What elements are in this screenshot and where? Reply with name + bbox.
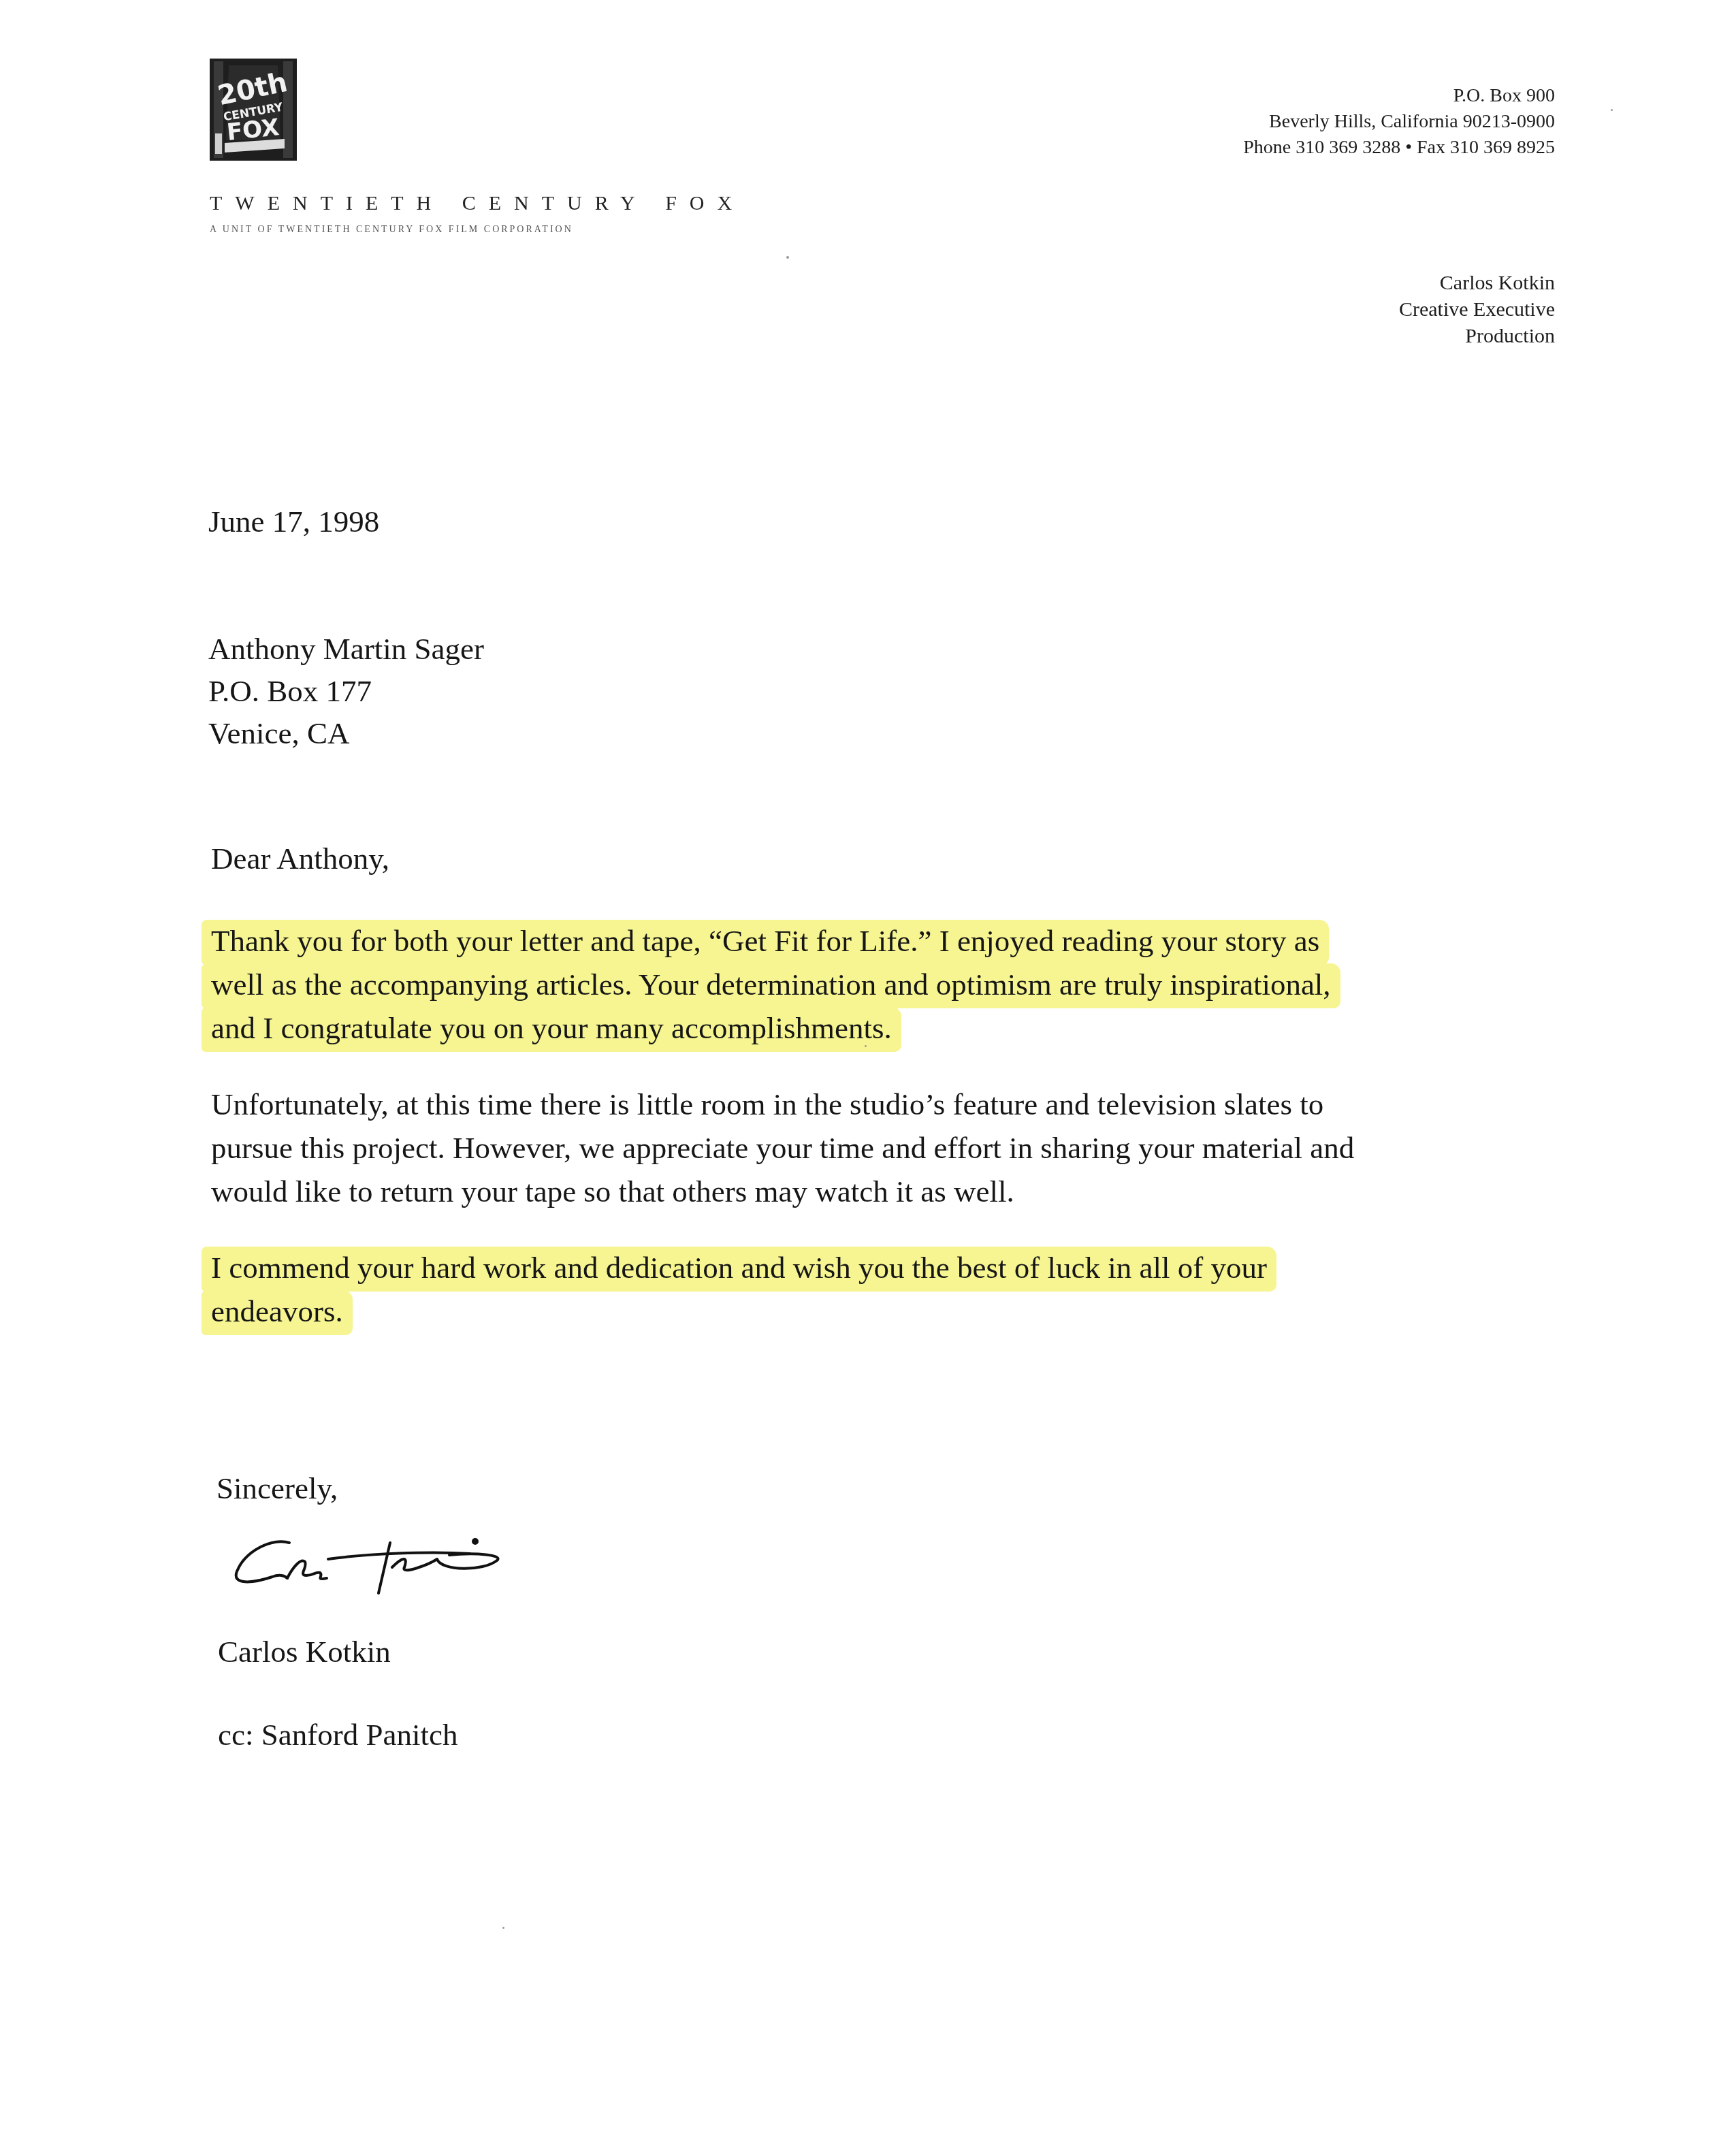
paragraph-commend: I commend your hard work and dedication … — [211, 1246, 1559, 1333]
sender-department: Production — [1399, 323, 1555, 349]
signer-name: Carlos Kotkin — [218, 1634, 391, 1669]
paragraph-line: Unfortunately, at this time there is lit… — [211, 1083, 1559, 1126]
letter-date: June 17, 1998 — [208, 504, 379, 539]
sender-info: Carlos Kotkin Creative Executive Product… — [1399, 270, 1555, 349]
highlighted-text: and I congratulate you on your many acco… — [202, 1007, 901, 1052]
paragraph-line: pursue this project. However, we appreci… — [211, 1126, 1559, 1170]
fox-logo-icon: 20th CENTURY FOX — [210, 59, 297, 161]
cc-line: cc: Sanford Panitch — [218, 1717, 457, 1752]
highlighted-text: well as the accompanying articles. Your … — [202, 963, 1340, 1008]
company-address: P.O. Box 900 Beverly Hills, California 9… — [1243, 83, 1555, 161]
salutation: Dear Anthony, — [211, 841, 389, 876]
signature-icon — [225, 1510, 538, 1599]
scan-speck — [786, 256, 789, 259]
sender-title: Creative Executive — [1399, 296, 1555, 323]
address-line: P.O. Box 900 — [1243, 83, 1555, 109]
scan-speck — [865, 1045, 867, 1047]
scan-speck — [502, 1927, 504, 1929]
scan-speck — [1611, 109, 1613, 111]
paragraph-line: would like to return your tape so that o… — [211, 1170, 1559, 1213]
recipient-name: Anthony Martin Sager — [208, 628, 484, 670]
highlighted-text: Thank you for both your letter and tape,… — [202, 920, 1329, 965]
recipient-address-line: P.O. Box 177 — [208, 670, 484, 712]
paragraph-decline: Unfortunately, at this time there is lit… — [211, 1083, 1559, 1213]
sender-name: Carlos Kotkin — [1399, 270, 1555, 296]
company-subtitle: A UNIT OF TWENTIETH CENTURY FOX FILM COR… — [210, 225, 573, 236]
highlighted-text: I commend your hard work and dedication … — [202, 1247, 1276, 1292]
company-name: TWENTIETH CENTURY FOX — [210, 192, 745, 215]
recipient-address: Anthony Martin Sager P.O. Box 177 Venice… — [208, 628, 484, 754]
highlighted-text: endeavors. — [202, 1290, 353, 1335]
address-line: Beverly Hills, California 90213-0900 — [1243, 109, 1555, 135]
phone-fax-line: Phone 310 369 3288 • Fax 310 369 8925 — [1243, 135, 1555, 161]
closing: Sincerely, — [216, 1471, 338, 1506]
paragraph-thanks: Thank you for both your letter and tape,… — [211, 919, 1559, 1050]
recipient-address-line: Venice, CA — [208, 712, 484, 754]
